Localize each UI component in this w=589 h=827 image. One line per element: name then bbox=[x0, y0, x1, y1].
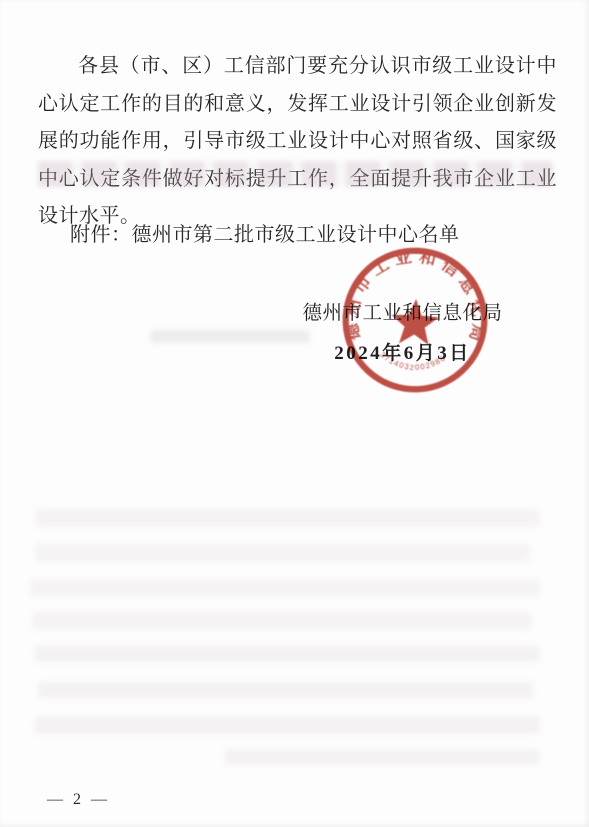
bleed-through-artifact bbox=[35, 716, 540, 734]
bleed-through-artifact bbox=[30, 579, 540, 597]
bleed-through-artifact bbox=[150, 330, 310, 343]
bleed-through-artifact bbox=[35, 509, 540, 527]
bleed-through-artifact bbox=[32, 612, 532, 630]
bleed-through-artifact bbox=[35, 646, 540, 662]
scanned-document-page: 各县（市、区）工信部门要充分认识市级工业设计中心认定工作的目的和意义，发挥工业设… bbox=[0, 0, 589, 827]
attachment-line: 附件：德州市第二批市级工业设计中心名单 bbox=[38, 221, 557, 249]
body-paragraph: 各县（市、区）工信部门要充分认识市级工业设计中心认定工作的目的和意义，发挥工业设… bbox=[38, 48, 557, 236]
issuer-name: 德州市工业和信息化局 bbox=[300, 297, 505, 325]
bleed-through-artifact bbox=[225, 749, 540, 765]
bleed-through-artifact bbox=[38, 682, 533, 698]
issue-date: 2024年6月3日 bbox=[300, 338, 505, 365]
bleed-through-artifact bbox=[35, 544, 530, 562]
signature-block: 德州市工业和信息化局 2024年6月3日 bbox=[300, 297, 505, 365]
page-number: — 2 — bbox=[47, 791, 110, 809]
